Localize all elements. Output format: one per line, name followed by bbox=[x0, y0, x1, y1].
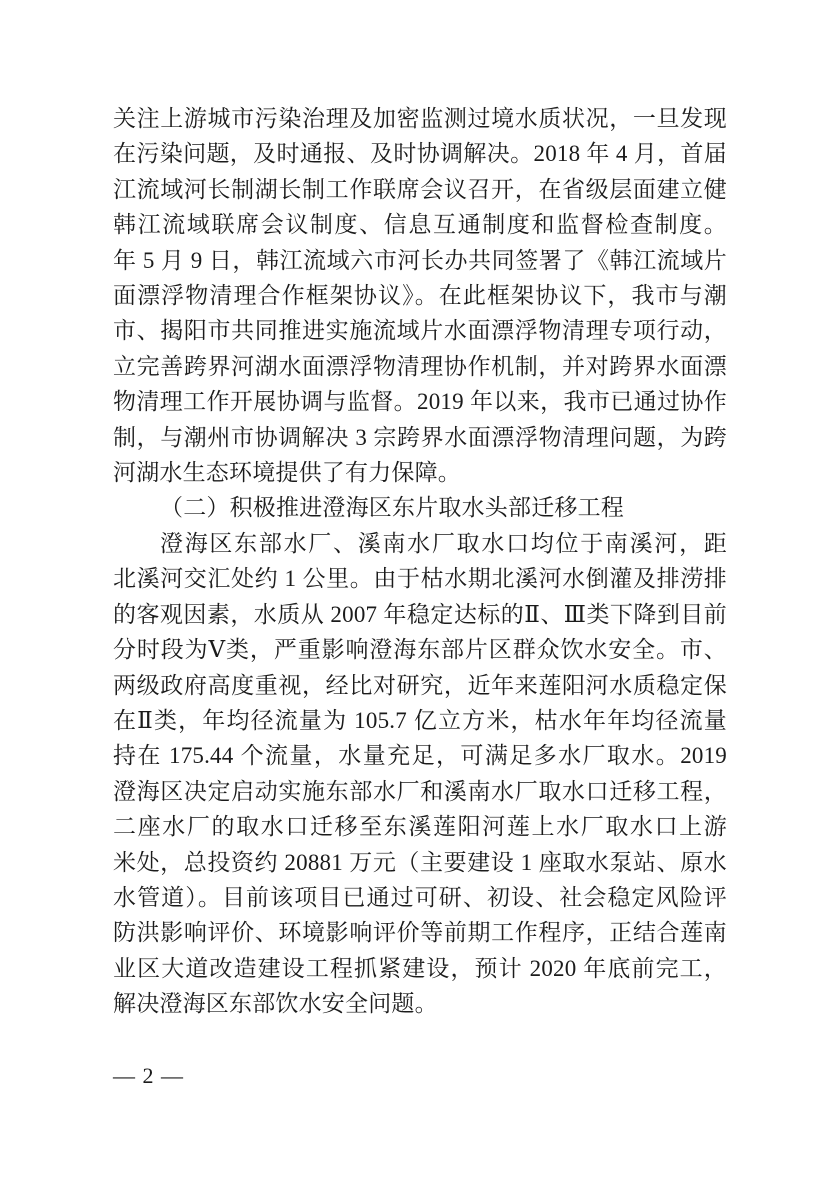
body-text-line: 制，与潮州市协调解决 3 宗跨界水面漂浮物清理问题，为跨界 bbox=[113, 420, 727, 455]
body-text-line: 在污染问题，及时通报、及时协调解决。2018 年 4 月，首届韩 bbox=[113, 136, 727, 171]
body-text-line: 持在 175.44 个流量，水量充足，可满足多水厂取水。2019 年初， bbox=[113, 738, 727, 773]
body-text-line: 防洪影响评价、环境影响评价等前期工作程序，正结合莲南工 bbox=[113, 915, 727, 950]
body-text-line: 在Ⅱ类，年均径流量为 105.7 亿立方米，枯水年年均径流量保 bbox=[113, 703, 727, 738]
body-text-line: 面漂浮物清理合作框架协议》。在此框架协议下，我市与潮州 bbox=[113, 278, 727, 313]
body-text-line: 两级政府高度重视，经比对研究，近年来莲阳河水质稳定保持 bbox=[113, 668, 727, 703]
section-heading: （二）积极推进澄海区东片取水头部迁移工程 bbox=[113, 490, 727, 525]
body-text-line: 年 5 月 9 日，韩江流域六市河长办共同签署了《韩江流域片水 bbox=[113, 243, 727, 278]
page-number: — 2 — bbox=[113, 1063, 184, 1089]
body-text-line: 市、揭阳市共同推进实施流域片水面漂浮物清理专项行动，建 bbox=[113, 313, 727, 348]
document-page: 关注上游城市污染治理及加密监测过境水质状况，一旦发现存在污染问题，及时通报、及时… bbox=[0, 0, 840, 1188]
body-text-line: 河湖水生态环境提供了有力保障。 bbox=[113, 455, 727, 490]
body-text-line: 的客观因素，水质从 2007 年稳定达标的Ⅱ、Ⅲ类下降到目前部 bbox=[113, 597, 727, 632]
body-text-line: 分时段为Ⅴ类，严重影响澄海东部片区群众饮水安全。市、区 bbox=[113, 632, 727, 667]
body-text-line: 韩江流域联席会议制度、信息互通制度和监督检查制度。2018 bbox=[113, 207, 727, 242]
document-text-block: 关注上游城市污染治理及加密监测过境水质状况，一旦发现存在污染问题，及时通报、及时… bbox=[113, 101, 727, 1022]
body-text-line: 业区大道改造建设工程抓紧建设，预计 2020 年底前完工，切实 bbox=[113, 951, 727, 986]
body-text-line: 立完善跨界河湖水面漂浮物清理协作机制，并对跨界水面漂浮 bbox=[113, 349, 727, 384]
body-text-line: 北溪河交汇处约 1 公里。由于枯水期北溪河水倒灌及排涝排污 bbox=[113, 561, 727, 596]
body-text-line: 关注上游城市污染治理及加密监测过境水质状况，一旦发现存 bbox=[113, 101, 727, 136]
body-text-line: 解决澄海区东部饮水安全问题。 bbox=[113, 986, 727, 1021]
body-text-line: 澄海区决定启动实施东部水厂和溪南水厂取水口迁移工程，将 bbox=[113, 774, 727, 809]
body-text-line: 水管道）。目前该项目已通过可研、初设、社会稳定风险评估、 bbox=[113, 880, 727, 915]
body-text-line: 江流域河长制湖长制工作联席会议召开，在省级层面建立健全 bbox=[113, 172, 727, 207]
body-text-line: 米处，总投资约 20881 万元（主要建设 1 座取水泵站、原水输 bbox=[113, 845, 727, 880]
body-text-line: 物清理工作开展协调与监督。2019 年以来，我市已通过协作机 bbox=[113, 384, 727, 419]
body-text-line: 澄海区东部水厂、溪南水厂取水口均位于南溪河，距南、 bbox=[113, 526, 727, 561]
body-text-line: 二座水厂的取水口迁移至东溪莲阳河莲上水厂取水口上游 170 bbox=[113, 809, 727, 844]
